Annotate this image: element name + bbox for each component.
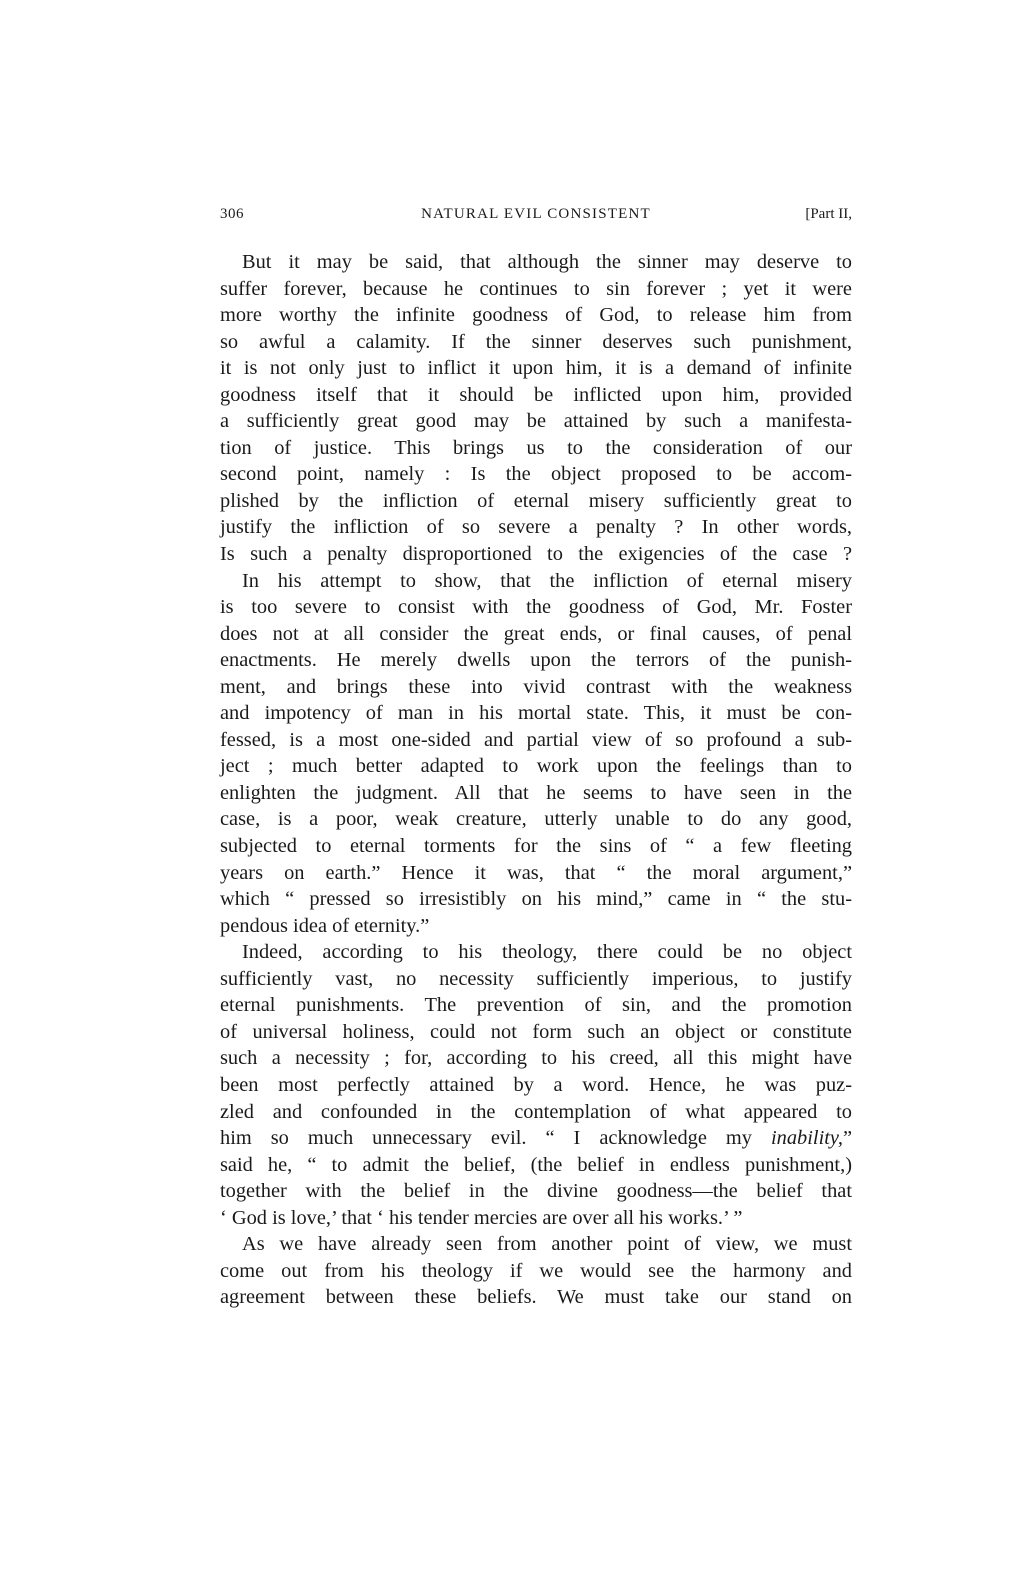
text-line: suffer forever, because he continues to …	[220, 276, 852, 303]
text-line: does not at all consider the great ends,…	[220, 621, 852, 648]
text-line: enactments. He merely dwells upon the te…	[220, 647, 852, 674]
text-line: Is such a penalty disproportioned to the…	[220, 541, 852, 568]
book-page: 306 NATURAL EVIL CONSISTENT [Part II, Bu…	[0, 0, 1011, 1580]
text-line: more worthy the infinite goodness of God…	[220, 302, 852, 329]
text-segment: ”	[843, 1127, 852, 1149]
text-line: so awful a calamity. If the sinner deser…	[220, 329, 852, 356]
text-line: it is not only just to inflict it upon h…	[220, 355, 852, 382]
text-line: said he, “ to admit the belief, (the bel…	[220, 1152, 852, 1179]
text-line: which “ pressed so irresistibly on his m…	[220, 886, 852, 913]
text-line: As we have already seen from another poi…	[220, 1231, 852, 1258]
text-line: second point, namely : Is the object pro…	[220, 461, 852, 488]
text-line: sufficiently vast, no necessity sufficie…	[220, 966, 852, 993]
body-text: But it may be said, that although the si…	[220, 249, 852, 1311]
text-line: But it may be said, that although the si…	[220, 249, 852, 276]
text-line: ‘ God is love,’ that ‘ his tender mercie…	[220, 1205, 852, 1232]
text-line: eternal punishments. The prevention of s…	[220, 992, 852, 1019]
text-segment: him so much unnecessary evil. “ I acknow…	[220, 1127, 771, 1149]
text-line: justify the infliction of so severe a pe…	[220, 514, 852, 541]
text-line: subjected to eternal torments for the si…	[220, 833, 852, 860]
text-line: ject ; much better adapted to work upon …	[220, 753, 852, 780]
text-line: enlighten the judgment. All that he seem…	[220, 780, 852, 807]
text-line: fessed, is a most one-sided and partial …	[220, 727, 852, 754]
text-line: pendous idea of eternity.”	[220, 913, 852, 940]
running-header: 306 NATURAL EVIL CONSISTENT [Part II,	[220, 206, 852, 232]
text-line: agreement between these beliefs. We must…	[220, 1284, 852, 1311]
text-line: zled and confounded in the contemplation…	[220, 1099, 852, 1126]
text-line: years on earth.” Hence it was, that “ th…	[220, 860, 852, 887]
text-line: been most perfectly attained by a word. …	[220, 1072, 852, 1099]
part-label: [Part II,	[805, 206, 852, 223]
text-line: and impotency of man in his mortal state…	[220, 700, 852, 727]
running-title: NATURAL EVIL CONSISTENT	[220, 206, 852, 223]
text-line: In his attempt to show, that the inflict…	[220, 568, 852, 595]
text-line: come out from his theology if we would s…	[220, 1258, 852, 1285]
text-line: goodness itself that it should be inflic…	[220, 382, 852, 409]
text-line: is too severe to consist with the goodne…	[220, 594, 852, 621]
italic-emphasis: inability,	[771, 1127, 843, 1149]
text-line: ment, and brings these into vivid contra…	[220, 674, 852, 701]
text-line: Indeed, according to his theology, there…	[220, 939, 852, 966]
text-line: tion of justice. This brings us to the c…	[220, 435, 852, 462]
text-line: together with the belief in the divine g…	[220, 1178, 852, 1205]
text-line: such a necessity ; for, according to his…	[220, 1045, 852, 1072]
text-line: a sufficiently great good may be attaine…	[220, 408, 852, 435]
text-line: plished by the infliction of eternal mis…	[220, 488, 852, 515]
text-line: case, is a poor, weak creature, utterly …	[220, 806, 852, 833]
text-line: of universal holiness, could not form su…	[220, 1019, 852, 1046]
text-line-with-italic: him so much unnecessary evil. “ I acknow…	[220, 1125, 852, 1152]
